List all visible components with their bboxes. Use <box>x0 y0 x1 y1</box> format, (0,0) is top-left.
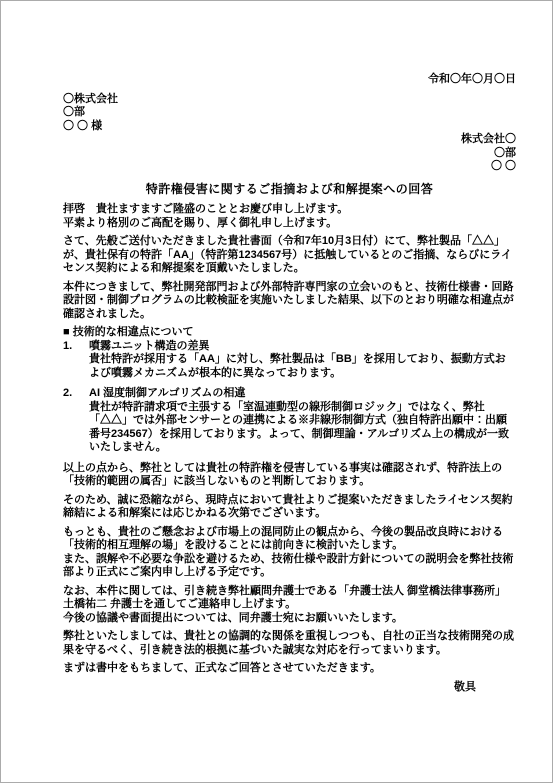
recipient-company: 〇株式会社 <box>63 93 516 107</box>
sender-block: 株式会社〇 〇部 〇 〇 <box>63 133 516 174</box>
section-heading: ■ 技術的な相違点について <box>63 326 516 340</box>
goodwill-line-2: また、誤解や不必要な争訟を避けるため、技術仕様や設計方針についての説明会を弊社技… <box>63 553 516 580</box>
item-1-content: 噴霧ユニット構造の差異 貴社特許が採用する「AA」に対し、弊社製品は「BB」を採… <box>89 340 516 381</box>
numbered-item-1: 1. 噴霧ユニット構造の差異 貴社特許が採用する「AA」に対し、弊社製品は「BB… <box>63 340 516 381</box>
item-2-number: 2. <box>63 387 89 455</box>
sender-department: 〇部 <box>63 147 516 161</box>
recipient-block: 〇株式会社 〇部 〇 〇 様 <box>63 93 516 134</box>
paragraph-refusal: そのため、誠に恐縮ながら、現時点において貴社よりご提案いただきましたライセンス契… <box>63 494 516 521</box>
greeting-line-1: 拝啓 貴社ますますご隆盛のこととお慶び申し上げます。 <box>63 203 516 217</box>
item-1-body: 貴社特許が採用する「AA」に対し、弊社製品は「BB」を採用しており、振動方式およ… <box>89 353 516 380</box>
closing-word: 敬具 <box>63 681 516 695</box>
item-1-title: 噴霧ユニット構造の差異 <box>89 340 516 354</box>
numbered-item-2: 2. AI 湿度制御アルゴリズムの相違 貴社が特許請求項で主張する「室温連動型の… <box>63 387 516 455</box>
paragraph-goodwill: もっとも、貴社のご懸念および市場上の混同防止の観点から、今後の製品改良時における… <box>63 526 516 580</box>
paragraph-conclusion: 以上の点から、弊社としては貴社の特許権を侵害している事実は確認されず、特許法上の… <box>63 462 516 489</box>
sender-company: 株式会社〇 <box>63 133 516 147</box>
lawyer-line-2: 今後の協議や書面提出については、同弁護士宛にお願いいたします。 <box>63 612 516 626</box>
greeting-paragraph: 拝啓 貴社ますますご隆盛のこととお慶び申し上げます。 平素より格別のご高配を賜り… <box>63 203 516 230</box>
paragraph-verification: 本件につきまして、弊社開発部門および外部特許専門家の立会いのもと、技術仕様書・回… <box>63 281 516 322</box>
item-2-content: AI 湿度制御アルゴリズムの相違 貴社が特許請求項で主張する「室温連動型の線形制… <box>89 387 516 455</box>
recipient-person: 〇 〇 様 <box>63 120 516 134</box>
item-2-title: AI 湿度制御アルゴリズムの相違 <box>89 387 516 401</box>
paragraph-stance: 弊社といたしましては、貴社との協調的な関係を重視しつつも、自社の正当な技術開発の… <box>63 630 516 657</box>
paragraph-intro: さて、先般ご送付いただきました貴社書面（令和7年10月3日付）にて、弊社製品「△… <box>63 235 516 276</box>
lawyer-line-1: なお、本件に関しては、引き続き弊社顧問弁護士である「弁護士法人 御堂橋法律事務所… <box>63 585 516 612</box>
greeting-line-2: 平素より格別のご高配を賜り、厚く御礼申し上げます。 <box>63 217 516 231</box>
goodwill-line-1: もっとも、貴社のご懸念および市場上の混同防止の観点から、今後の製品改良時における… <box>63 526 516 553</box>
letter-page: 令和〇年〇月〇日 〇株式会社 〇部 〇 〇 様 株式会社〇 〇部 〇 〇 特許権… <box>0 0 553 783</box>
letter-title: 特許権侵害に関するご指摘および和解提案への回答 <box>63 183 516 197</box>
recipient-department: 〇部 <box>63 106 516 120</box>
sender-person: 〇 〇 <box>63 160 516 174</box>
item-2-body: 貴社が特許請求項で主張する「室温連動型の線形制御ロジック」ではなく、弊社「△△」… <box>89 401 516 455</box>
paragraph-final: まずは書中をもちまして、正式なご回答とさせていただきます。 <box>63 662 516 676</box>
letter-date: 令和〇年〇月〇日 <box>63 73 516 87</box>
item-1-number: 1. <box>63 340 89 381</box>
paragraph-lawyer: なお、本件に関しては、引き続き弊社顧問弁護士である「弁護士法人 御堂橋法律事務所… <box>63 585 516 626</box>
